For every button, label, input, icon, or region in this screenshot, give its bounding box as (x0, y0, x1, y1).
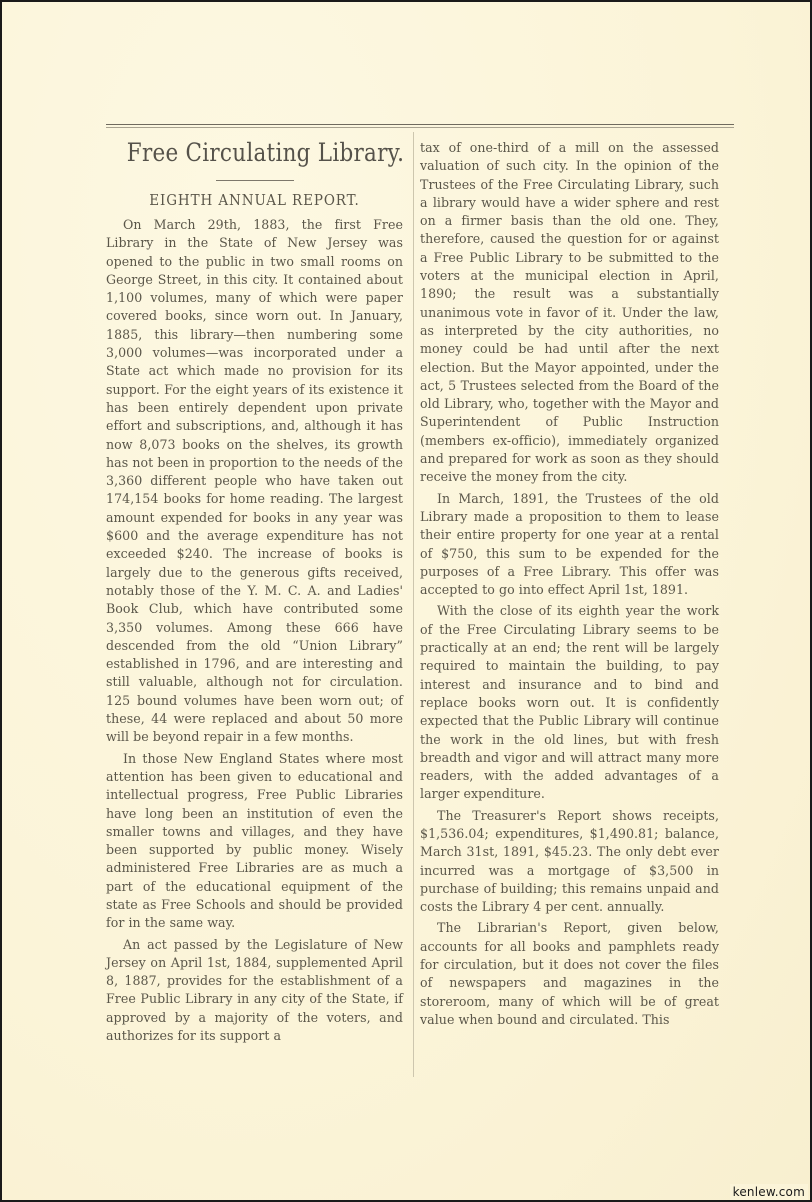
left-column: Free Circulating Library. EIGHTH ANNUAL … (106, 136, 403, 1048)
right-column: tax of one-third of a mill on the assess… (420, 139, 719, 1032)
title-rule (216, 180, 294, 181)
document-title: Free Circulating Library. (127, 136, 382, 170)
watermark-text: kenlew.com (730, 1184, 808, 1200)
paragraph-eighth-year: With the close of its eighth year the wo… (420, 602, 719, 803)
paragraph-lease-proposition: In March, 1891, the Trustees of the old … (420, 490, 719, 600)
header-rule (106, 124, 734, 125)
paragraph-treasurer-report: The Treasurer's Report shows receipts, $… (420, 807, 719, 917)
paragraph-history: On March 29th, 1883, the first Free Libr… (106, 216, 403, 747)
header-rule-secondary (106, 127, 734, 128)
paragraph-new-england: In those New England States where most a… (106, 750, 403, 933)
column-divider (413, 132, 414, 1077)
paragraph-legislature: An act passed by the Legislature of New … (106, 936, 403, 1046)
report-subtitle: EIGHTH ANNUAL REPORT. (121, 190, 388, 210)
document-page: Free Circulating Library. EIGHTH ANNUAL … (2, 2, 810, 1200)
paragraph-librarian-report: The Librarian's Report, given below, acc… (420, 919, 719, 1029)
paragraph-tax-continuation: tax of one-third of a mill on the assess… (420, 139, 719, 487)
